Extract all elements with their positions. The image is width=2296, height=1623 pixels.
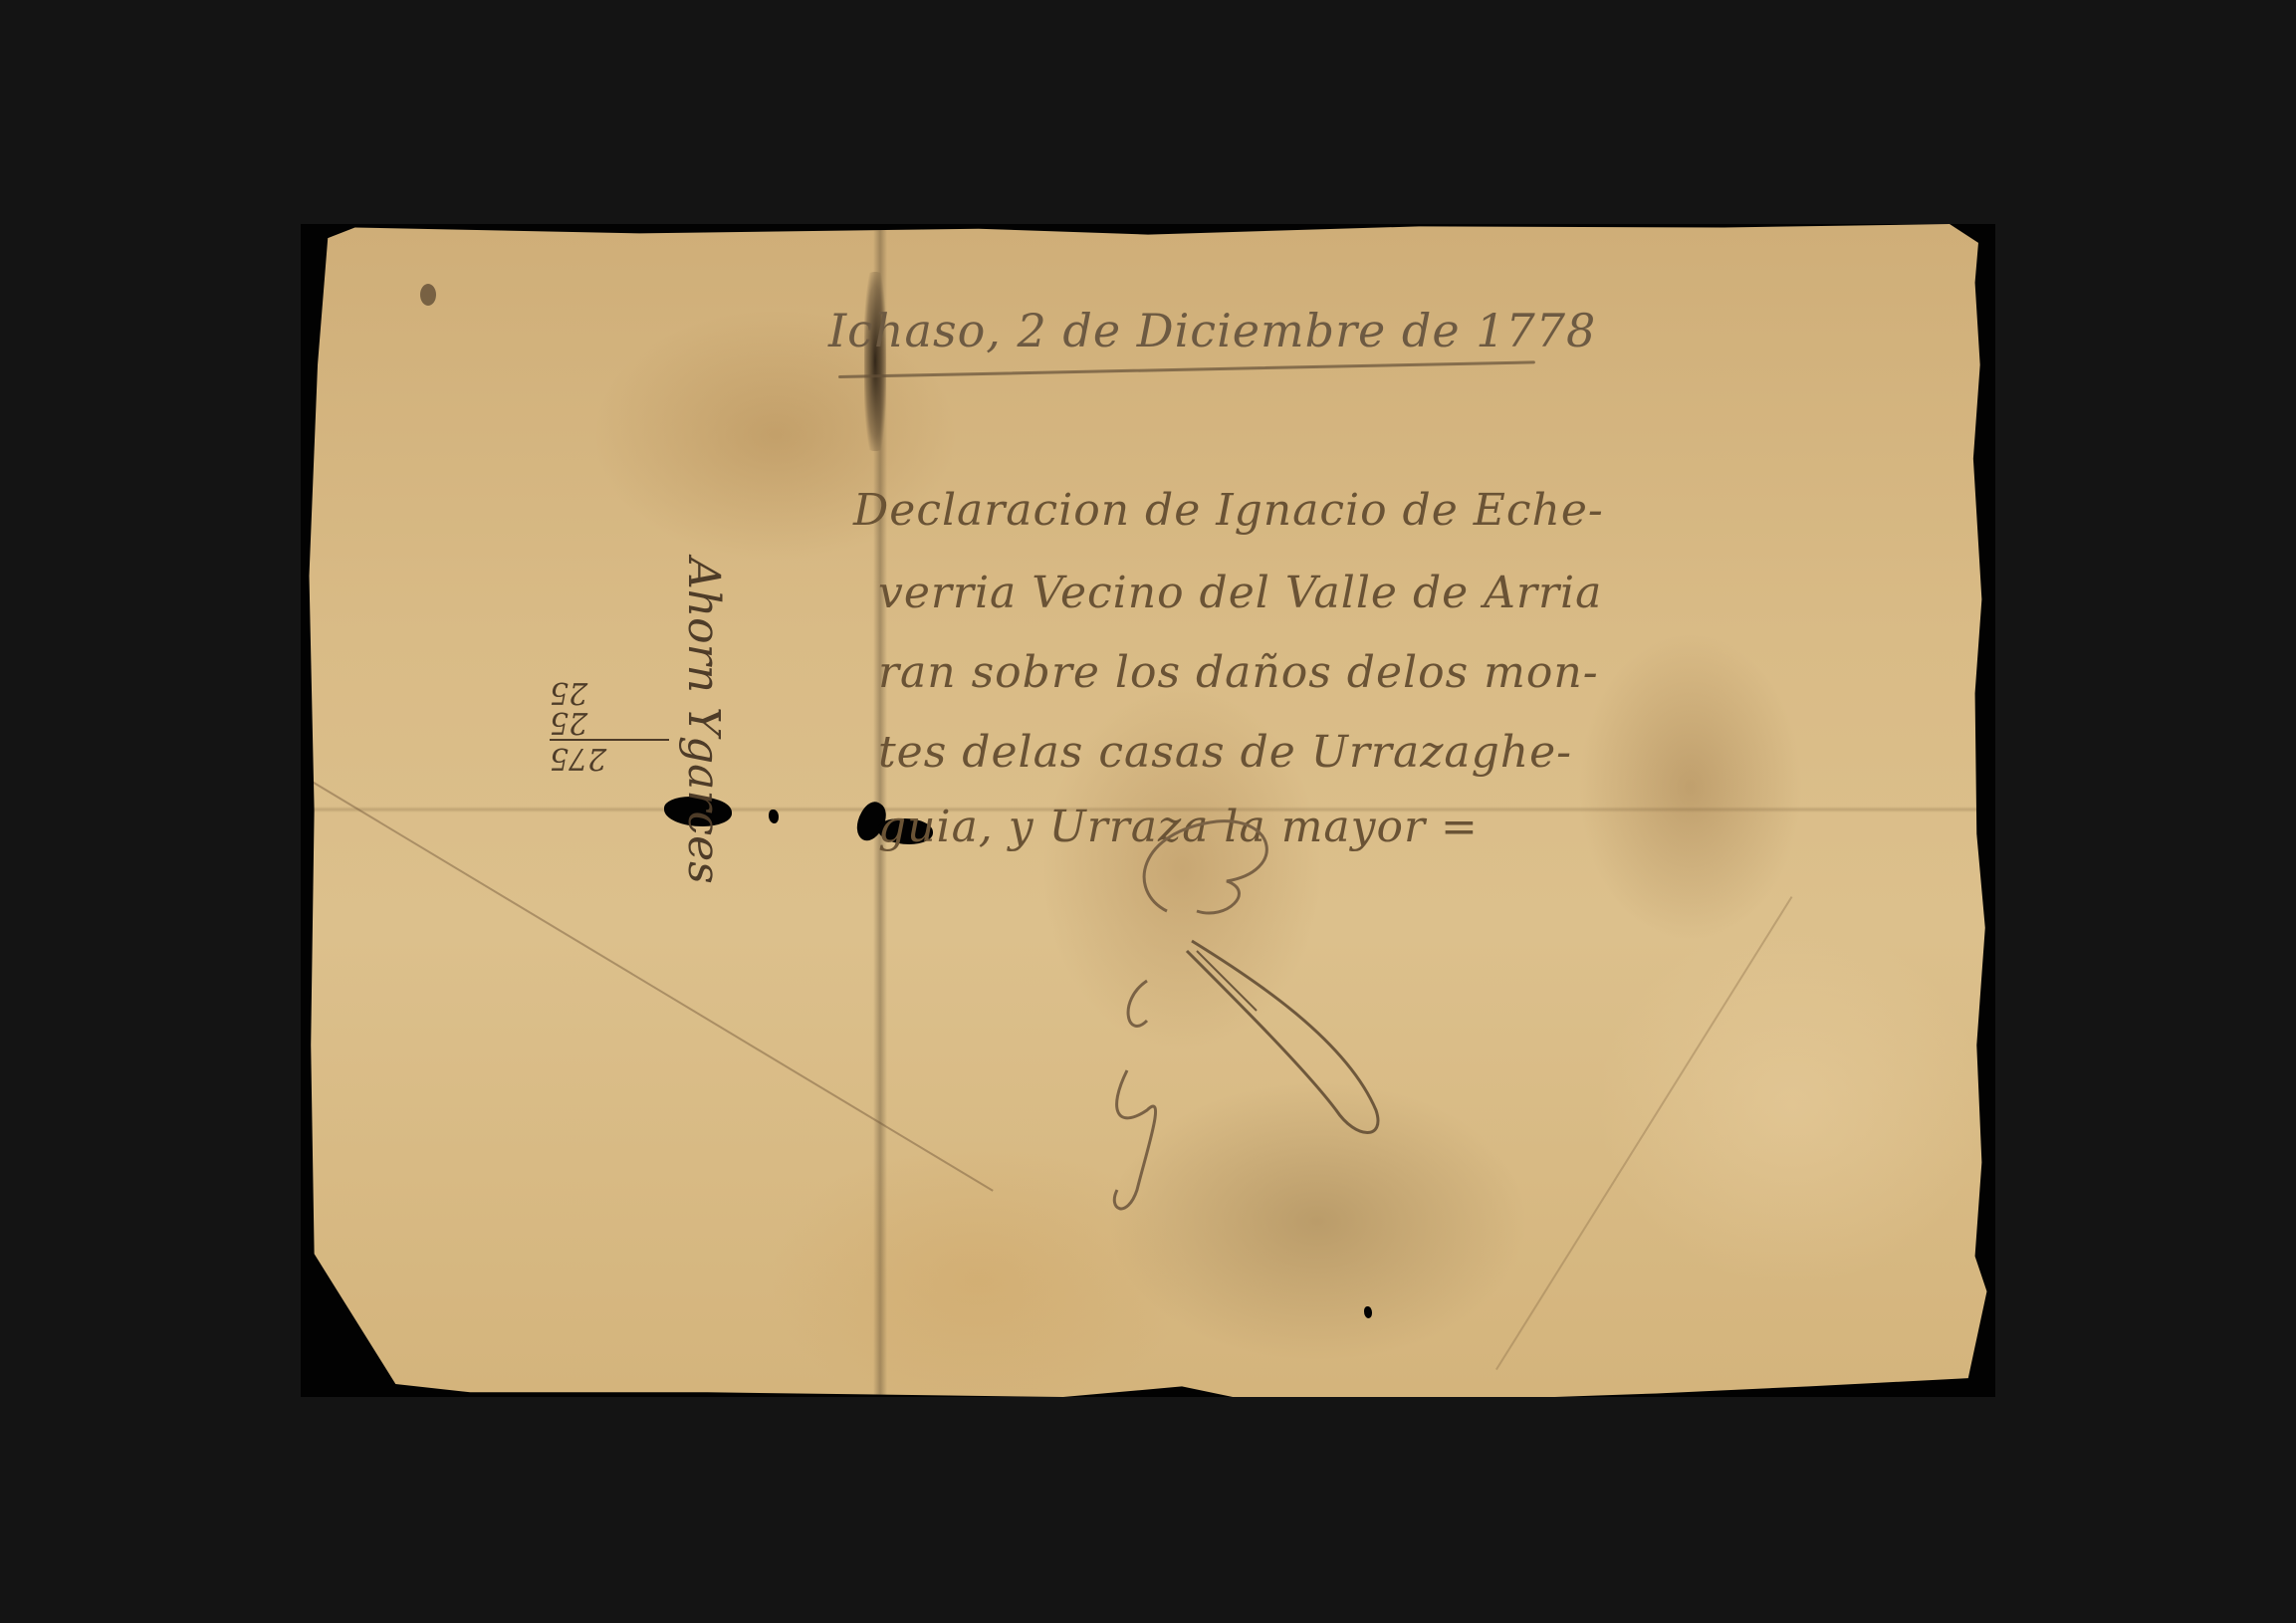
signature-rubric-icon <box>1107 811 1426 1230</box>
calc-line-1: 275 <box>550 743 669 773</box>
document-date-heading: Ichaso, 2 de Diciembre de 1778 <box>828 304 1596 357</box>
body-line-4: tes delas casas de Urrazaghe- <box>878 727 1572 778</box>
body-line-3: ran sobre los daños delos mon- <box>878 647 1599 698</box>
diagonal-crease-right <box>1495 896 1792 1370</box>
scan-frame: Ichaso, 2 de Diciembre de 1778 Declaraci… <box>301 224 1995 1397</box>
paper-hole <box>769 810 779 823</box>
body-line-1: Declaracion de Ignacio de Eche- <box>853 485 1604 536</box>
stain-spot <box>420 284 436 306</box>
body-line-2: verria Vecino del Valle de Arria <box>878 568 1602 618</box>
fold-ink-stain <box>864 272 886 451</box>
calc-line-2: 25 <box>550 707 669 737</box>
vertical-inscription: Ahorn Ygarces <box>678 558 729 884</box>
manuscript-sheet: Ichaso, 2 de Diciembre de 1778 Declaraci… <box>301 224 1995 1397</box>
paper-hole <box>1364 1306 1372 1318</box>
margin-calculation: 275 25 25 <box>550 677 669 773</box>
calc-line-3: 25 <box>550 677 669 707</box>
heading-underline <box>838 360 1535 378</box>
